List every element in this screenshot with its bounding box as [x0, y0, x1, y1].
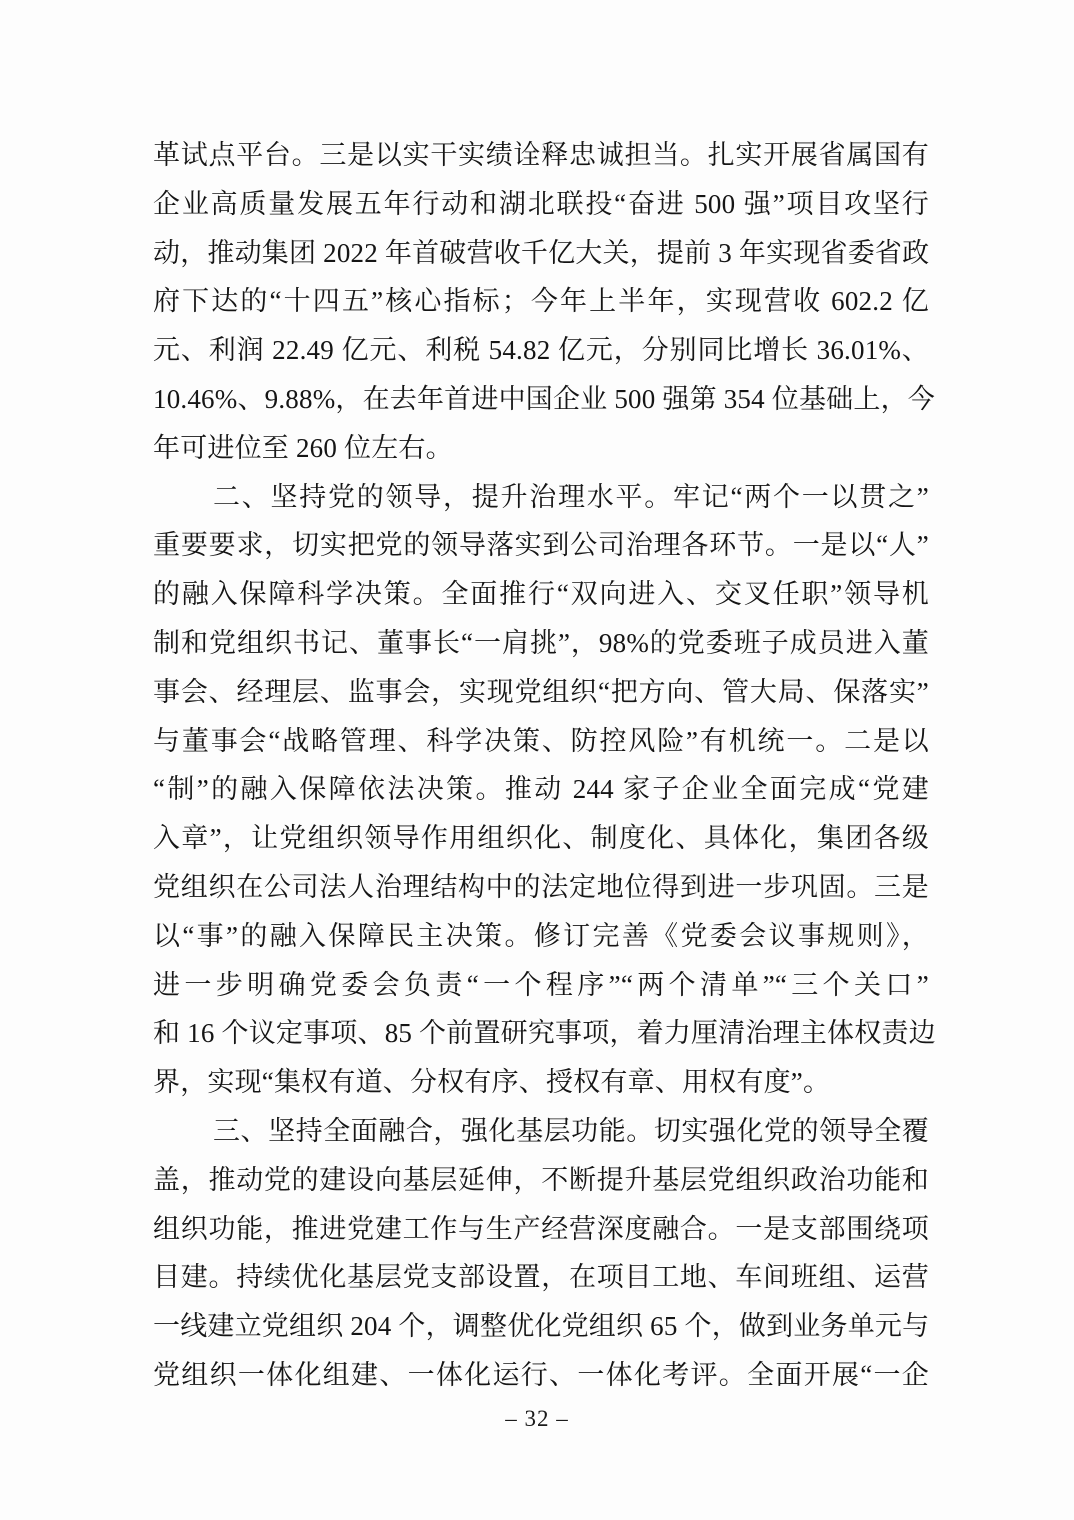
text-line: 府下达的“十四五”核心指标；今年上半年，实现营收 602.2 亿: [153, 277, 929, 326]
text-line: 事会、经理层、监事会，实现党组织“把方向、管大局、保落实”: [153, 668, 929, 717]
text-line: 以“事”的融入保障民主决策。修订完善《党委会议事规则》，: [153, 912, 929, 961]
text-line: 重要要求，切实把党的领导落实到公司治理各环节。一是以“人”: [153, 521, 929, 570]
text-line: “制”的融入保障依法决策。推动 244 家子企业全面完成“党建: [153, 765, 929, 814]
text-line: 目建。持续优化基层党支部设置，在项目工地、车间班组、运营: [153, 1253, 929, 1302]
text-line: 界，实现“集权有道、分权有序、授权有章、用权有度”。: [153, 1058, 929, 1107]
text-line: 进一步明确党委会负责“一个程序”“两个清单”“三个关口”: [153, 961, 929, 1010]
document-page: 革试点平台。三是以实干实绩诠释忠诚担当。扎实开展省属国有企业高质量发展五年行动和…: [0, 0, 1074, 1520]
text-line: 盖，推动党的建设向基层延伸，不断提升基层党组织政治功能和: [153, 1156, 929, 1205]
text-line: 入章”，让党组织领导作用组织化、制度化、具体化，集团各级: [153, 814, 929, 863]
document-body: 革试点平台。三是以实干实绩诠释忠诚担当。扎实开展省属国有企业高质量发展五年行动和…: [153, 131, 929, 1400]
text-line: 党组织一体化组建、一体化运行、一体化考评。全面开展“一企: [153, 1351, 929, 1400]
text-line: 的融入保障科学决策。全面推行“双向进入、交叉任职”领导机: [153, 570, 929, 619]
text-line: 10.46%、9.88%，在去年首进中国企业 500 强第 354 位基础上，今: [153, 375, 929, 424]
text-line: 与董事会“战略管理、科学决策、防控风险”有机统一。二是以: [153, 717, 929, 766]
text-line: 和 16 个议定事项、85 个前置研究事项，着力厘清治理主体权责边: [153, 1009, 929, 1058]
text-line: 年可进位至 260 位左右。: [153, 424, 929, 473]
text-line: 元、利润 22.49 亿元、利税 54.82 亿元，分别同比增长 36.01%、: [153, 326, 929, 375]
text-line: 组织功能，推进党建工作与生产经营深度融合。一是支部围绕项: [153, 1205, 929, 1254]
text-line: 二、坚持党的领导，提升治理水平。牢记“两个一以贯之”: [153, 473, 929, 522]
text-line: 一线建立党组织 204 个，调整优化党组织 65 个，做到业务单元与: [153, 1302, 929, 1351]
text-line: 三、坚持全面融合，强化基层功能。切实强化党的领导全覆: [153, 1107, 929, 1156]
text-line: 制和党组织书记、董事长“一肩挑”，98%的党委班子成员进入董: [153, 619, 929, 668]
text-line: 企业高质量发展五年行动和湖北联投“奋进 500 强”项目攻坚行: [153, 180, 929, 229]
page-number: – 32 –: [0, 1406, 1074, 1432]
text-line: 动，推动集团 2022 年首破营收千亿大关，提前 3 年实现省委省政: [153, 229, 929, 278]
text-line: 革试点平台。三是以实干实绩诠释忠诚担当。扎实开展省属国有: [153, 131, 929, 180]
text-line: 党组织在公司法人治理结构中的法定地位得到进一步巩固。三是: [153, 863, 929, 912]
